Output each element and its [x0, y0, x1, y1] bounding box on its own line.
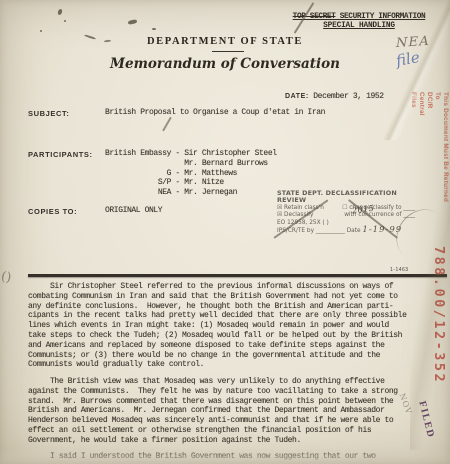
ink-smudge [57, 8, 63, 15]
declass-declassify-checkbox: ☒ Declassify [277, 212, 313, 219]
participants-label: PARTICIPANTS: [28, 150, 93, 159]
department-underline [212, 51, 244, 52]
declass-title: STATE DEPT. DECLASSIFICATION REVIEW [277, 190, 415, 205]
margin-pencil-mark: () [0, 269, 12, 286]
body-paragraph-3: I said I understood the British Governme… [28, 452, 432, 462]
declassification-stamp: STATE DEPT. DECLASSIFICATION REVIEW ☒ Re… [277, 190, 415, 235]
date-label: DATE: [285, 93, 309, 100]
department-title: DEPARTMENT OF STATE [100, 36, 350, 47]
copies-value: ORIGINAL ONLY [105, 206, 162, 216]
divider-rule [28, 274, 447, 277]
ink-smudge [40, 30, 42, 32]
classification-line1: TOP SECRET SECURITY INFORMATION [274, 13, 444, 21]
body-paragraph-1: Sir Christopher Steel referred to the pr… [28, 282, 432, 370]
return-to-files-stamp: This Document Must Be Returned To DC/R C… [415, 92, 449, 210]
declass-ips-line: IPS/CR/TE by __________ Date 1-19-99 [277, 227, 415, 235]
handwritten-date: 1-19-99 [362, 225, 402, 235]
declass-by-line: IPS/CR/TE by __________ Date [277, 228, 361, 234]
ink-smudge [84, 34, 96, 40]
memo-page: TOP SECRET SECURITY INFORMATION SPECIAL … [0, 0, 450, 464]
subject-label: SUBJECT: [28, 109, 69, 118]
form-number: 1-1463 [390, 267, 409, 273]
ink-smudge [64, 20, 66, 22]
subject-value: British Proposal to Organise a Coup d'et… [105, 108, 325, 118]
date-value: December 3, 1952 [309, 92, 384, 101]
pencil-tick-mark [162, 117, 171, 132]
classification-rest: SECURITY INFORMATION [335, 13, 425, 21]
copies-label: COPIES TO: [28, 207, 77, 216]
participants-value: British Embassy - Sir Christopher Steel … [105, 149, 277, 198]
handwritten-file: file [395, 48, 421, 70]
body-paragraph-2: The British view was that Mosadeq was ve… [28, 377, 432, 446]
date-row: DATE: December 3, 1952 [285, 85, 384, 103]
ink-smudge [128, 19, 138, 25]
memo-title: Memorandum of Conversation [100, 56, 350, 72]
ink-smudge [152, 28, 156, 30]
classification-struck: TOP SECRET [293, 13, 336, 21]
